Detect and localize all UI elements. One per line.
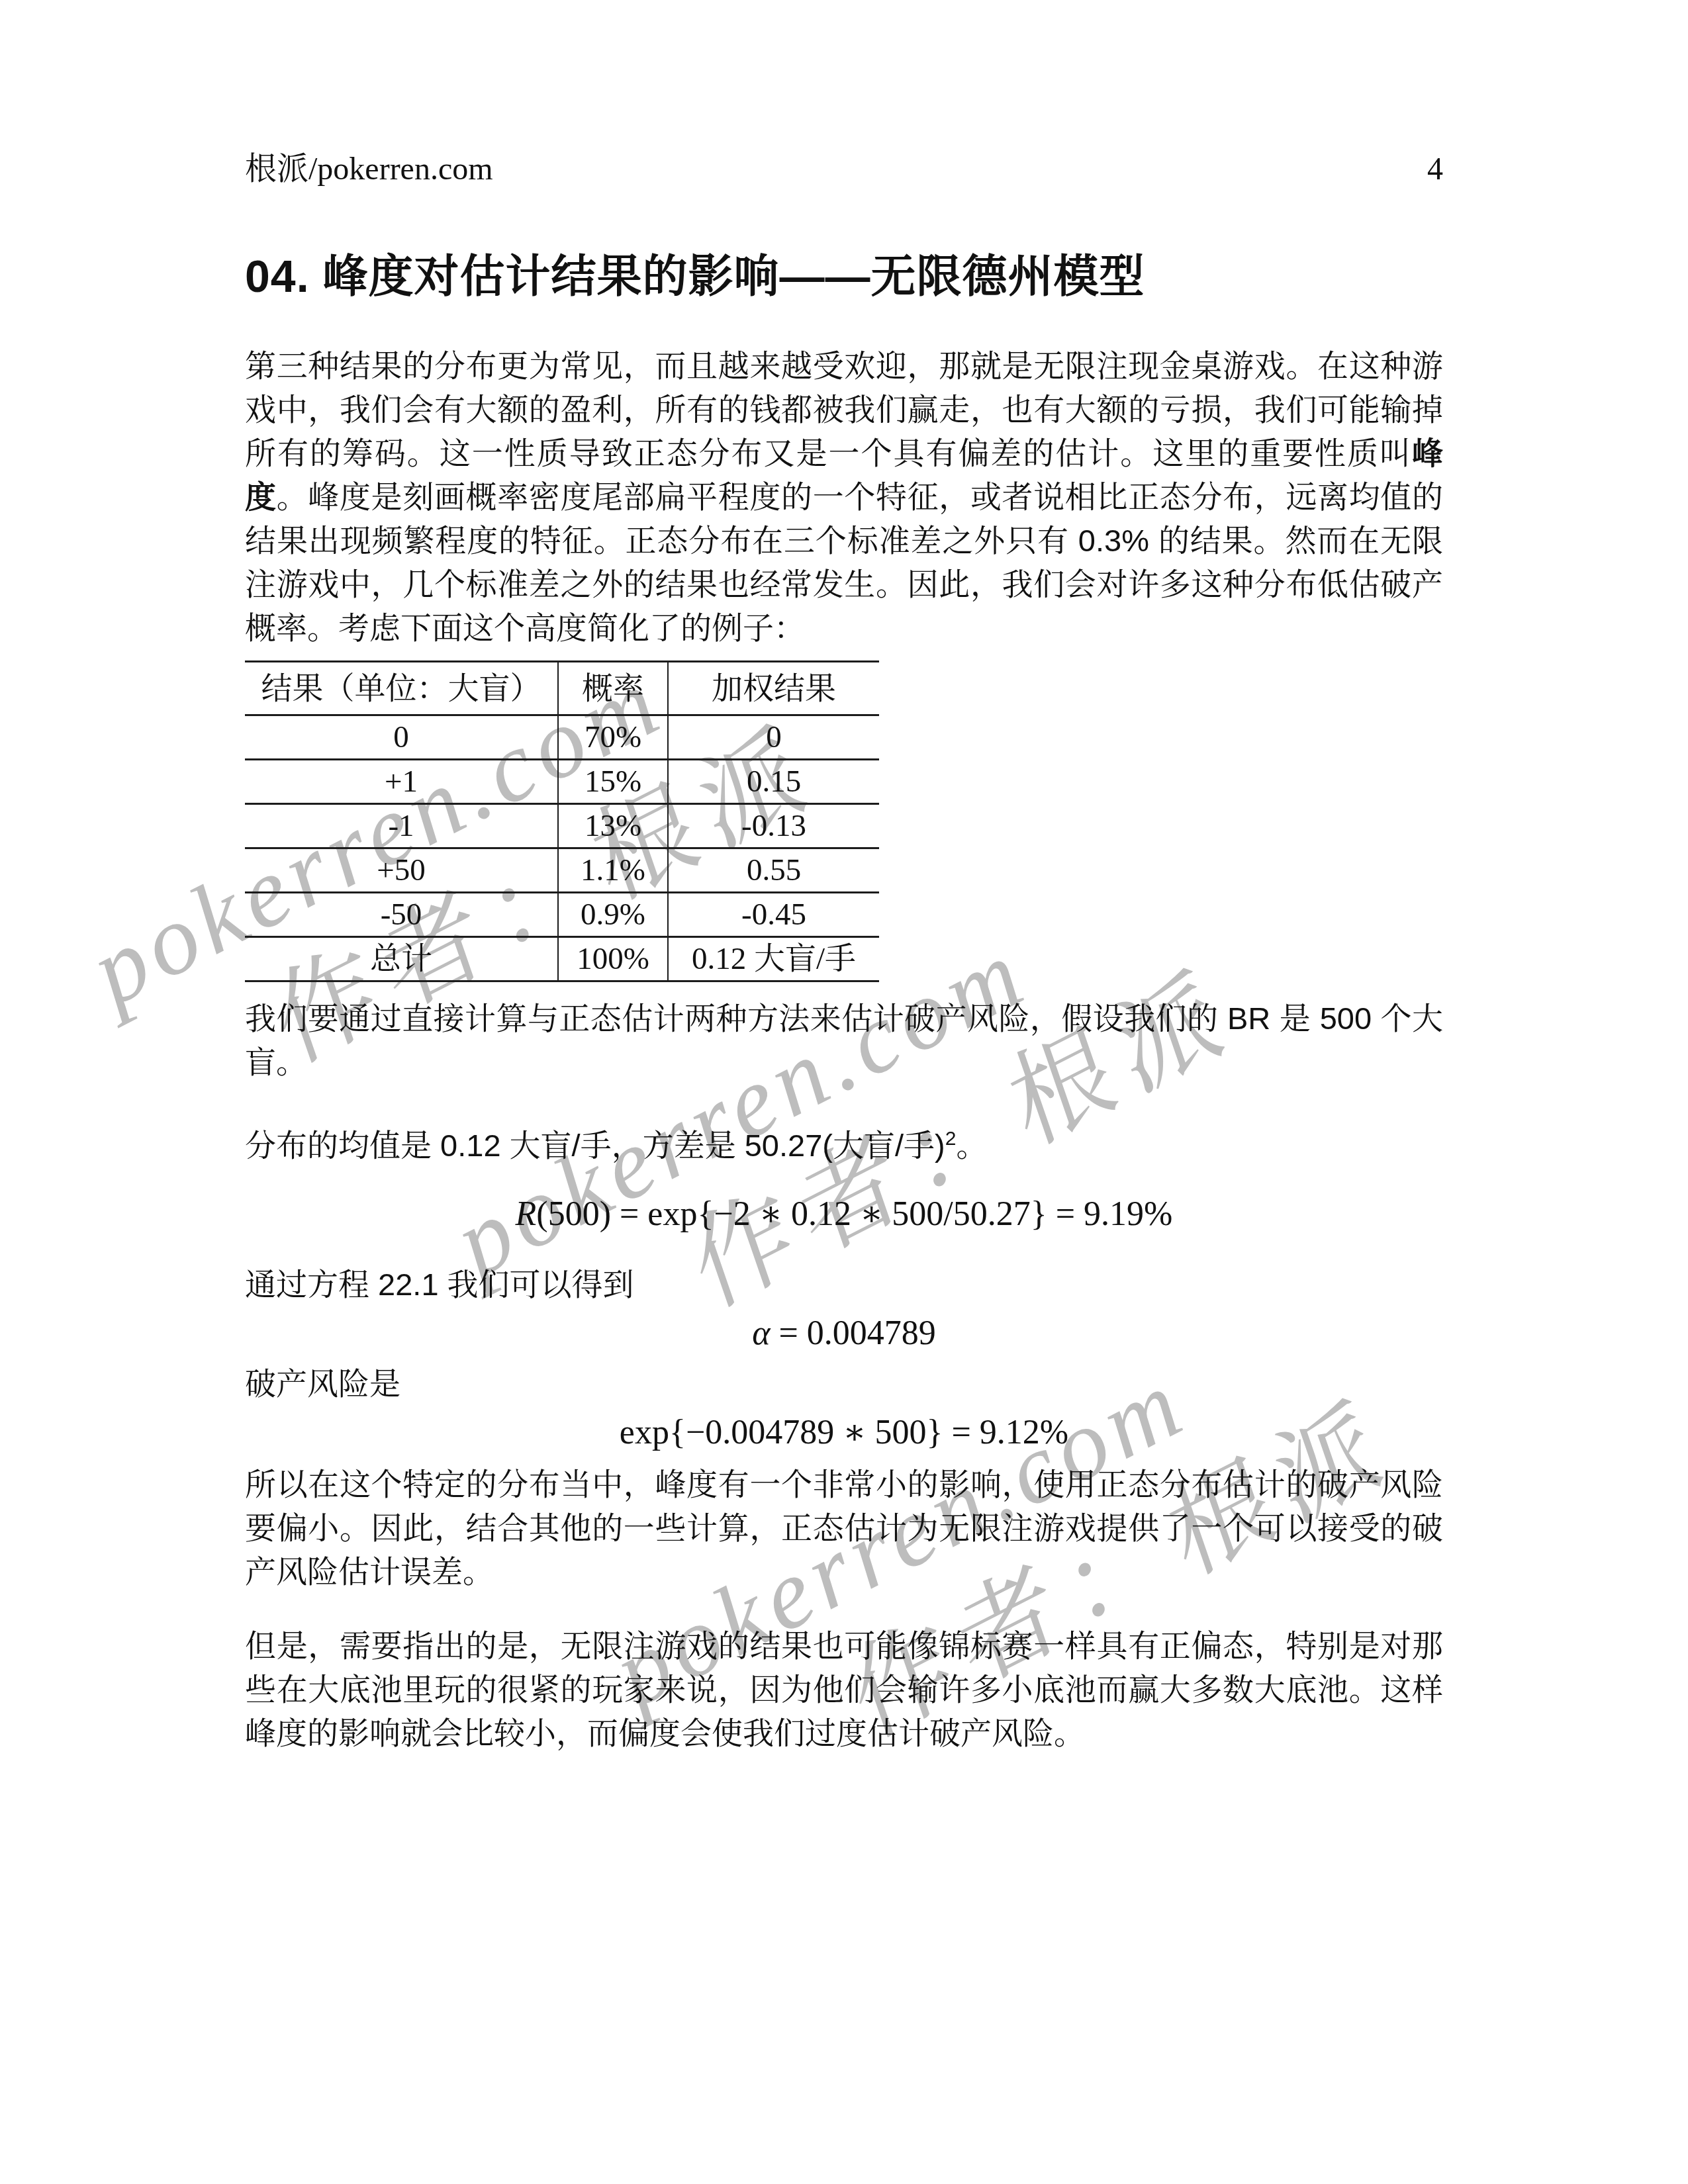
document-page: pokerren.com 作者：根派 pokerren.com 作者：根派 po… bbox=[0, 0, 1688, 2184]
paragraph-variance: 分布的均值是 0.12 大盲/手，方差是 50.27(大盲/手)2。 bbox=[245, 1124, 1443, 1167]
table-cell: 13% bbox=[558, 804, 668, 848]
table-row: 070%0 bbox=[245, 715, 879, 760]
equation-alpha: α = 0.004789 bbox=[245, 1313, 1443, 1354]
paragraph-conclusion: 所以在这个特定的分布当中，峰度有一个非常小的影响，使用正态分布估计的破产风险要偏… bbox=[245, 1463, 1443, 1594]
equation-variable: α bbox=[752, 1314, 770, 1352]
table-cell: 70% bbox=[558, 715, 668, 760]
table-row: -113%-0.13 bbox=[245, 804, 879, 848]
table-row: +115%0.15 bbox=[245, 760, 879, 804]
paragraph-text: 。峰度是刻画概率密度尾部扁平程度的一个特征，或者说相比正态分布，远离均值的结果出… bbox=[245, 479, 1443, 645]
table-header-row: 结果（单位：大盲） 概率 加权结果 bbox=[245, 662, 879, 715]
col-header-probability: 概率 bbox=[558, 662, 668, 715]
table-cell: 0.55 bbox=[668, 848, 879, 893]
col-header-weighted: 加权结果 bbox=[668, 662, 879, 715]
table-cell: -0.45 bbox=[668, 893, 879, 937]
variance-superscript: 2 bbox=[945, 1128, 957, 1150]
col-header-outcome: 结果（单位：大盲） bbox=[245, 662, 558, 715]
table-cell: 15% bbox=[558, 760, 668, 804]
outcome-distribution-table: 结果（单位：大盲） 概率 加权结果 070%0+115%0.15-113%-0.… bbox=[245, 660, 879, 982]
table-cell: -50 bbox=[245, 893, 558, 937]
table-cell: 100% bbox=[558, 937, 668, 981]
paragraph-intro: 第三种结果的分布更为常见，而且越来越受欢迎，那就是无限注现金桌游戏。在这种游戏中… bbox=[245, 344, 1443, 650]
paragraph-caveat: 但是，需要指出的是，无限注游戏的结果也可能像锦标赛一样具有正偏态，特别是对那些在… bbox=[245, 1624, 1443, 1755]
table-cell: -0.13 bbox=[668, 804, 879, 848]
variance-text: 分布的均值是 0.12 大盲/手，方差是 50.27(大盲/手) bbox=[245, 1128, 945, 1163]
table-cell: 0.15 bbox=[668, 760, 879, 804]
paragraph-equation-lead: 通过方程 22.1 我们可以得到 bbox=[245, 1263, 1443, 1306]
table-cell: +1 bbox=[245, 760, 558, 804]
paragraph-risk-lead: 破产风险是 bbox=[245, 1362, 1443, 1406]
paragraph-text: 第三种结果的分布更为常见，而且越来越受欢迎，那就是无限注现金桌游戏。在这种游戏中… bbox=[245, 348, 1443, 471]
paragraph-method: 我们要通过直接计算与正态估计两种方法来估计破产风险，假设我们的 BR 是 500… bbox=[245, 997, 1443, 1084]
table-body: 070%0+115%0.15-113%-0.13+501.1%0.55-500.… bbox=[245, 715, 879, 981]
table-row: 总计100%0.12 大盲/手 bbox=[245, 937, 879, 981]
equation-body: (500) = exp{−2 ∗ 0.12 ∗ 500/50.27} = 9.1… bbox=[536, 1195, 1172, 1233]
table-cell: 0.9% bbox=[558, 893, 668, 937]
page-content: 根派/pokerren.com 4 04. 峰度对估计结果的影响——无限德州模型… bbox=[0, 0, 1688, 2184]
variance-text-end: 。 bbox=[956, 1128, 987, 1163]
table-cell: 总计 bbox=[245, 937, 558, 981]
table-row: +501.1%0.55 bbox=[245, 848, 879, 893]
equation-risk-normal: exp{−0.004789 ∗ 500} = 9.12% bbox=[245, 1412, 1443, 1453]
equation-risk-direct: R(500) = exp{−2 ∗ 0.12 ∗ 500/50.27} = 9.… bbox=[245, 1194, 1443, 1235]
page-number: 4 bbox=[1427, 151, 1443, 188]
table-cell: +50 bbox=[245, 848, 558, 893]
header-site-label: 根派/pokerren.com bbox=[245, 151, 493, 188]
equation-body: = 0.004789 bbox=[770, 1314, 935, 1352]
table-cell: 0 bbox=[245, 715, 558, 760]
page-header: 根派/pokerren.com 4 bbox=[245, 151, 1443, 188]
table-cell: 0.12 大盲/手 bbox=[668, 937, 879, 981]
table-row: -500.9%-0.45 bbox=[245, 893, 879, 937]
table-cell: 0 bbox=[668, 715, 879, 760]
page-title: 04. 峰度对估计结果的影响——无限德州模型 bbox=[245, 246, 1443, 307]
equation-variable: R bbox=[516, 1195, 537, 1233]
table-cell: 1.1% bbox=[558, 848, 668, 893]
table-cell: -1 bbox=[245, 804, 558, 848]
